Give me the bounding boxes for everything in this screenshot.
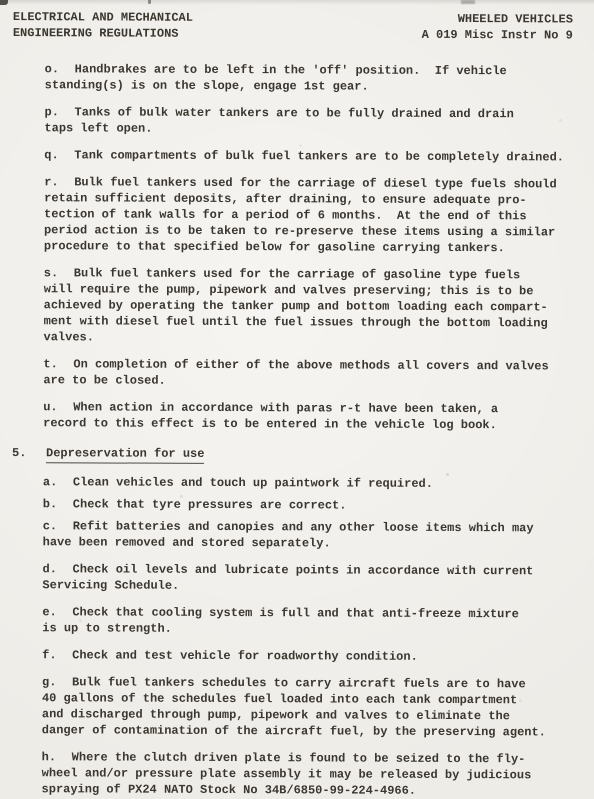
item-text: Bulk fuel tankers used for the carriage … bbox=[74, 266, 521, 282]
item-label: p. bbox=[44, 104, 74, 120]
section-title: Depreservation for use bbox=[46, 446, 205, 464]
item-text: When action in accordance with paras r-t… bbox=[73, 400, 498, 416]
item-label: a. bbox=[43, 474, 73, 490]
paragraph-s: s.Bulk fuel tankers used for the carriag… bbox=[43, 265, 574, 347]
item-text: Clean vehicles and touch up paintwork if… bbox=[73, 475, 433, 491]
item-text: Check and test vehicle for roadworthy co… bbox=[72, 648, 418, 664]
item-text: Bulk fuel tankers schedules to carry air… bbox=[72, 675, 526, 691]
paragraph-c: c.Refit batteries and canopies and any o… bbox=[43, 518, 574, 552]
item-label: g. bbox=[42, 674, 72, 690]
paragraph-line: taps left open. bbox=[44, 120, 575, 138]
paragraph-line: a.Clean vehicles and touch up paintwork … bbox=[43, 474, 574, 492]
scanned-document-page: ELECTRICAL AND MECHANICAL ENGINEERING RE… bbox=[0, 0, 594, 799]
section-number: 5. bbox=[12, 445, 46, 461]
paragraph-a: a.Clean vehicles and touch up paintwork … bbox=[43, 474, 574, 492]
item-text: Tanks of bulk water tankers are to be fu… bbox=[74, 105, 513, 121]
paragraph-t: t.On completion of either of the above m… bbox=[43, 356, 574, 390]
paragraph-line: ment with diesel fuel until the fuel iss… bbox=[44, 313, 575, 331]
preservation-paragraph-list: o.Handbrakes are to be left in the 'off'… bbox=[43, 61, 576, 433]
item-label: s. bbox=[44, 265, 74, 281]
depreservation-item-list: a.Clean vehicles and touch up paintwork … bbox=[42, 474, 574, 799]
paragraph-u: u.When action in accordance with paras r… bbox=[43, 399, 574, 433]
item-label: u. bbox=[43, 399, 73, 415]
item-label: b. bbox=[43, 496, 73, 512]
item-label: c. bbox=[43, 518, 73, 534]
item-label: q. bbox=[44, 147, 74, 163]
paragraph-q: q.Tank compartments of bulk fuel tankers… bbox=[44, 147, 575, 165]
item-label: f. bbox=[42, 647, 72, 663]
paragraph-b: b.Check that tyre pressures are correct. bbox=[43, 496, 574, 514]
paragraph-line: danger of contamination of the aircraft … bbox=[42, 722, 573, 740]
item-label: r. bbox=[44, 174, 74, 190]
paragraph-line: standing(s) is on the slope, engage 1st … bbox=[45, 77, 576, 95]
paragraph-line: q.Tank compartments of bulk fuel tankers… bbox=[44, 147, 575, 165]
paragraph-line: are to be closed. bbox=[43, 372, 574, 390]
header-right-line2: A 019 Misc Instr No 9 bbox=[422, 27, 573, 44]
item-label: d. bbox=[42, 561, 72, 577]
paragraph-line: record to this effect is to be entered i… bbox=[43, 415, 574, 433]
header-right-line1: WHEELED VEHICLES bbox=[422, 11, 573, 28]
paragraph-line: valves. bbox=[43, 329, 574, 347]
item-label: h. bbox=[42, 749, 72, 765]
header-left-line2: ENGINEERING REGULATIONS bbox=[13, 25, 193, 42]
item-text: Refit batteries and canopies and any oth… bbox=[73, 519, 534, 535]
paragraph-line: Servicing Schedule. bbox=[42, 577, 573, 595]
item-label: e. bbox=[42, 604, 72, 620]
paragraph-line: f.Check and test vehicle for roadworthy … bbox=[42, 647, 573, 665]
paragraph-p: p.Tanks of bulk water tankers are to be … bbox=[44, 104, 575, 138]
item-text: Check that cooling system is full and th… bbox=[72, 605, 519, 621]
paragraph-line: have been removed and stored separately. bbox=[43, 534, 574, 552]
paragraph-e: e.Check that cooling system is full and … bbox=[42, 604, 573, 638]
item-label: o. bbox=[45, 61, 75, 77]
item-text: Where the clutch driven plate is found t… bbox=[72, 750, 526, 766]
item-text: Check that tyre pressures are correct. bbox=[73, 497, 347, 512]
item-text: Tank compartments of bulk fuel tankers a… bbox=[74, 148, 564, 164]
paragraph-line: b.Check that tyre pressures are correct. bbox=[43, 496, 574, 514]
paragraph-d: d.Check oil levels and lubricate points … bbox=[42, 561, 573, 595]
paragraph-line: is up to strength. bbox=[42, 620, 573, 638]
page-header: ELECTRICAL AND MECHANICAL ENGINEERING RE… bbox=[0, 0, 594, 44]
item-text: On completion of either of the above met… bbox=[73, 357, 548, 373]
section-heading-depreservation: 5.Depreservation for use bbox=[12, 445, 574, 464]
document-content: ELECTRICAL AND MECHANICAL ENGINEERING RE… bbox=[0, 0, 594, 799]
item-text: Bulk fuel tankers used for the carriage … bbox=[74, 175, 557, 191]
item-text: Check oil levels and lubricate points in… bbox=[72, 562, 533, 578]
item-label: t. bbox=[43, 356, 73, 372]
paragraph-line: spraying of PX24 NATO Stock No 34B/6850-… bbox=[42, 781, 573, 799]
header-document-reference: WHEELED VEHICLES A 019 Misc Instr No 9 bbox=[422, 11, 573, 44]
paragraph-f: f.Check and test vehicle for roadworthy … bbox=[42, 647, 573, 665]
paragraph-r: r.Bulk fuel tankers used for the carriag… bbox=[44, 174, 575, 256]
header-left-line1: ELECTRICAL AND MECHANICAL bbox=[13, 9, 193, 26]
document-body: o.Handbrakes are to be left in the 'off'… bbox=[0, 61, 594, 799]
paragraph-h: h.Where the clutch driven plate is found… bbox=[42, 749, 573, 799]
paragraph-g: g.Bulk fuel tankers schedules to carry a… bbox=[42, 674, 573, 740]
paragraph-o: o.Handbrakes are to be left in the 'off'… bbox=[45, 61, 576, 95]
item-text: Handbrakes are to be left in the 'off' p… bbox=[75, 62, 507, 78]
header-regulation-title: ELECTRICAL AND MECHANICAL ENGINEERING RE… bbox=[13, 9, 193, 42]
paragraph-line: procedure to that specified below for ga… bbox=[44, 238, 575, 256]
